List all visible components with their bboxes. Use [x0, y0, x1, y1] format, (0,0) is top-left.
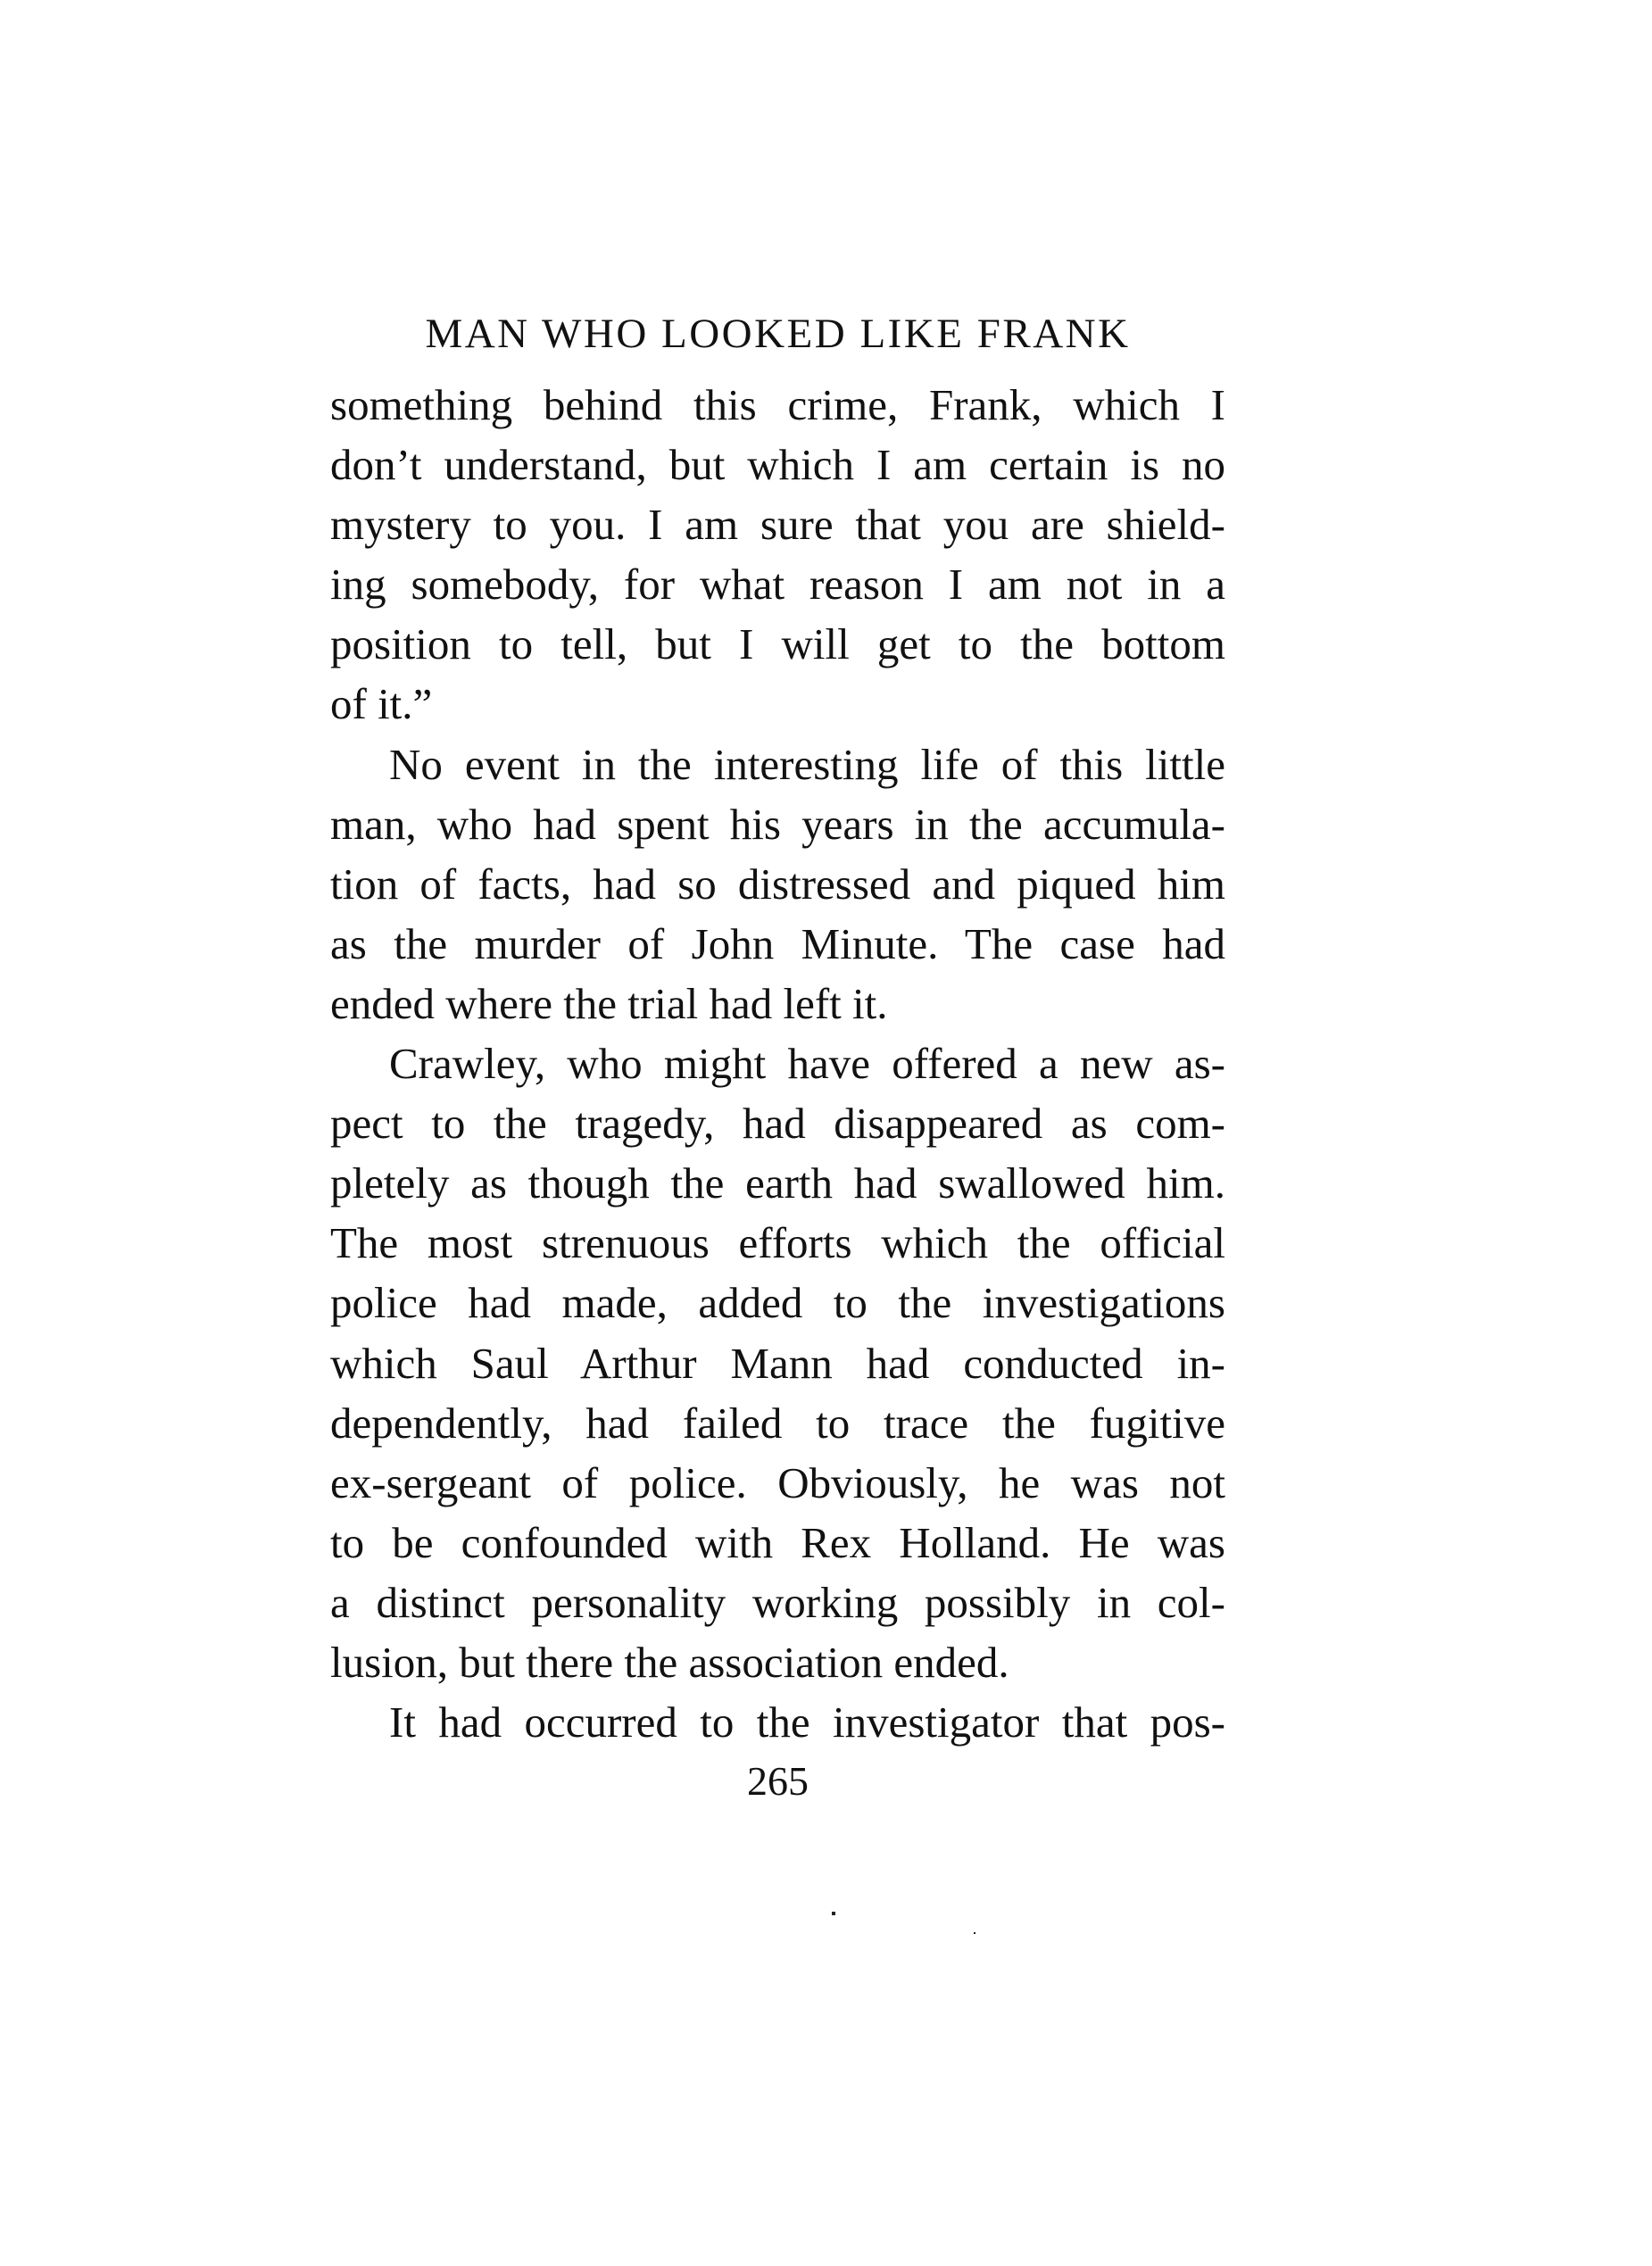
paragraph-start-line: It had occurred to the investigator that… [330, 1692, 1225, 1752]
running-head: MAN WHO LOOKED LIKE FRANK [330, 307, 1225, 361]
page-number: 265 [330, 1755, 1225, 1808]
text-line: as the murder of John Minute. The case h… [330, 914, 1225, 974]
paragraph-start-line: No event in the interesting life of this… [330, 735, 1225, 794]
text-line: lusion, but there the association ended. [330, 1632, 1225, 1692]
text-line: ing somebody, for what reason I am not i… [330, 554, 1225, 614]
text-line: something behind this crime, Frank, whic… [330, 375, 1225, 435]
scan-speck [974, 1932, 975, 1934]
text-line: The most strenuous efforts which the off… [330, 1213, 1225, 1273]
text-line: ex-sergeant of police. Obviously, he was… [330, 1453, 1225, 1513]
text-line: police had made, added to the investigat… [330, 1273, 1225, 1332]
paragraph-start-line: Crawley, who might have offered a new as… [330, 1033, 1225, 1093]
text-line: a distinct personality working possibly … [330, 1573, 1225, 1632]
text-line: of it.” [330, 674, 1225, 734]
text-line: don’t understand, but which I am certain… [330, 435, 1225, 494]
text-line: mystery to you. I am sure that you are s… [330, 494, 1225, 554]
text-line: tion of facts, had so distressed and piq… [330, 854, 1225, 914]
text-line: which Saul Arthur Mann had conducted in- [330, 1333, 1225, 1393]
scan-speck [832, 1912, 835, 1915]
text-line: pect to the tragedy, had disappeared as … [330, 1093, 1225, 1153]
text-line: man, who had spent his years in the accu… [330, 794, 1225, 854]
text-line: to be confounded with Rex Holland. He wa… [330, 1513, 1225, 1573]
text-line: position to tell, but I will get to the … [330, 614, 1225, 674]
text-line: pletely as though the earth had swallowe… [330, 1153, 1225, 1213]
body-text: something behind this crime, Frank, whic… [330, 375, 1225, 1752]
text-line: ended where the trial had left it. [330, 974, 1225, 1033]
text-line: dependently, had failed to trace the fug… [330, 1393, 1225, 1453]
